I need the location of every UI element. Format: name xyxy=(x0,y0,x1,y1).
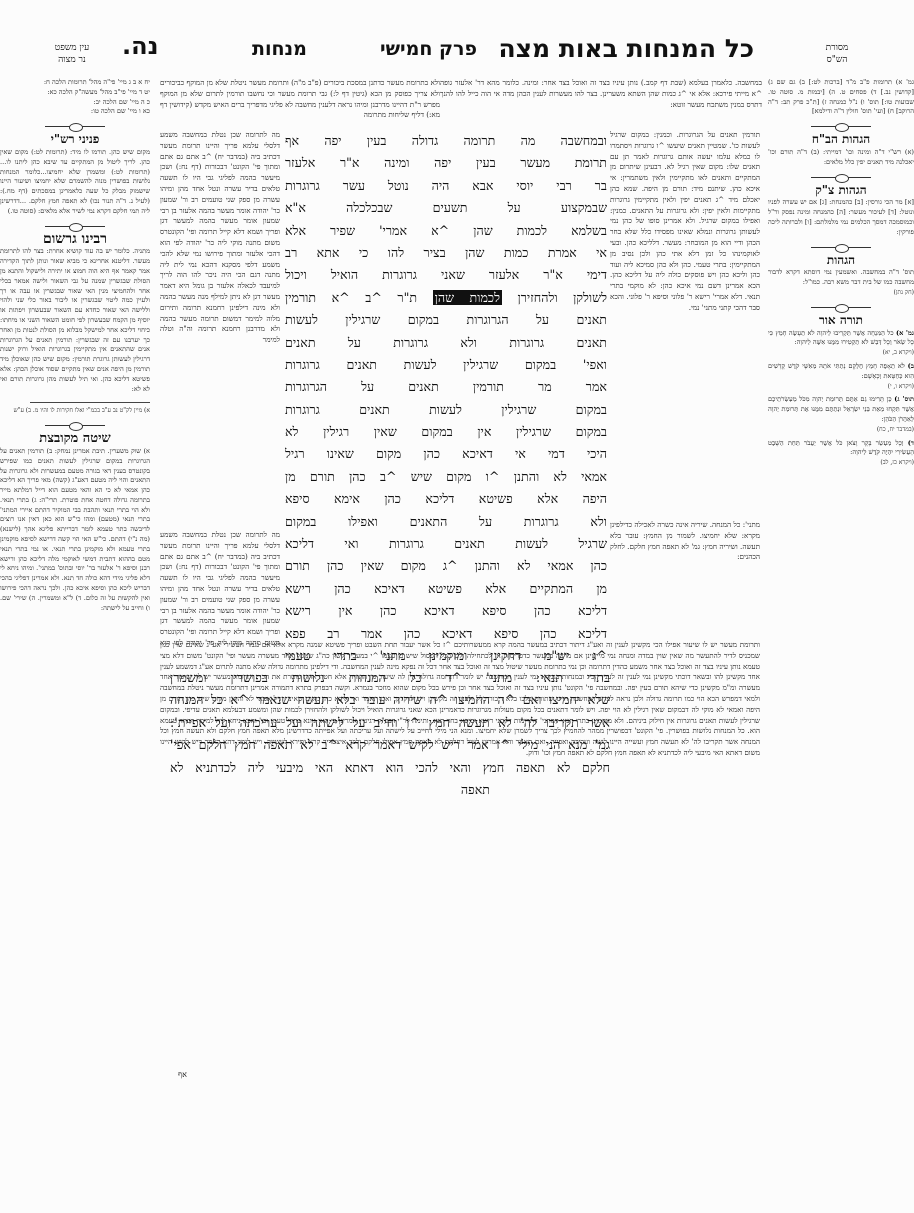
gemara-line: אמר מר תורמין תאנים על הגרוגרות xyxy=(285,376,607,398)
rashi-commentary-top: במחשבה. כלאמרן בעלמא (שבת דף קמב.) נותן … xyxy=(440,78,762,130)
rabbeinu-gershom-text: מתניה. כלומר יש בה עוד קושיא אחרת: בצר ל… xyxy=(0,247,150,394)
hagahot-title: הגהות xyxy=(768,256,914,266)
gemara-line: בשלמא לכמות שהן ^א אמרי' שפיר אלא xyxy=(285,220,607,242)
right-margin-column: גמ' א) תרומות פ"ב מ"ד [ברכות לט:] ב) גם … xyxy=(768,78,914,1068)
rashi-commentary-side: תורמין תאנים על הגרוגרות. וכמנין: במקום … xyxy=(610,130,760,520)
gemara-line: תאנים על הגרוגרות במקום שרגילין לעשות xyxy=(285,309,607,331)
gemara-line: דליכא כהן סיפא דאיכא כהן אין רישא xyxy=(285,600,607,622)
rashi-commentary-lower: מתני': כל המנחה. שיריה אינה כשרה לאכילה … xyxy=(610,520,760,645)
gemara-line: תאנים גרוגרות ולא גרוגרות על תאנים xyxy=(285,332,607,354)
hagahot-tzk-text: [א] מר הכי גורסין: [ב] כהמנחת: [ג] אם יש… xyxy=(768,198,914,237)
ornament-divider-icon xyxy=(45,123,105,131)
tosafot-commentary-side: מה לתרומה שכן נטלת במחשבה משמע דלסלי עלמ… xyxy=(160,130,280,530)
gemara-line: ולא גרוגרות על התאנים ואפילו במקום xyxy=(285,511,607,533)
chapter-title: כל המנחות באות מצה xyxy=(498,34,754,63)
gemara-line-highlighted: לשולקן ולהחזירן לכמות שהן ת"ר ^ב ^א תורמ… xyxy=(285,287,607,309)
highlighted-phrase[interactable]: לכמות שהן xyxy=(433,290,502,305)
pninei-rashi-title: פניני רש"י xyxy=(0,135,150,145)
gemara-line: אמאי לא והתנן ^ו מקום שיש ^ב כהן תורם מן xyxy=(285,466,607,488)
hagahot-text: תוס' ד"ה במחשבה. ואשמעין נמי דוסתא דקרא … xyxy=(768,268,914,288)
shita-mekubetzet-text: א) שוק משערין. תיבת אמרינן נמחק: ב) תורמ… xyxy=(0,447,150,614)
mesoret-hashas-label: מסורת הש"ס xyxy=(812,42,862,66)
gemara-line: היפה אלא פשיטא דליכא כהן אימא סיפא xyxy=(285,488,607,510)
gemara-line: ובמחשבה מה תרומה גדולה בעין יפה אף xyxy=(285,130,607,152)
gemara-line: במקום שרגילין אין במקום שאין רגילין לא xyxy=(285,421,607,443)
ornament-divider-icon xyxy=(811,174,871,182)
gemara-line: במקום שרגילין לעשות תאנים גרוגרות xyxy=(285,399,607,421)
ein-mishpat-entry: יט ד מיי' פי"ב מהל' מעשה"ק הלכה כא: xyxy=(0,88,150,98)
ornament-divider-icon xyxy=(811,123,871,131)
ornament-divider-icon xyxy=(45,223,105,231)
gemara-line: אי אמרת כמות שהן בציר להו כי אתא רב xyxy=(285,242,607,264)
gemara-line: היכי דמי אי דאיכא כהן מקום שאינו רגיל xyxy=(285,443,607,465)
hagahot-habach-text: (א) רש"י ד"ה ומינה וכו' דמייתי: (ב) ד"ה … xyxy=(768,148,914,168)
rabbeinu-gershom-title: רבינו גרשום xyxy=(0,235,150,245)
mesoret-hashas-text: גמ' א) תרומות פ"ב מ"ד [ברכות לט:] ב) גם … xyxy=(768,78,914,117)
tractate-name: מנחות xyxy=(252,38,307,60)
torah-or-title: תורה אור xyxy=(768,316,914,326)
hagahot-source: (חק נתן) xyxy=(768,288,914,298)
left-margin-column: יח א ב ג מיי' פי"ה מהל' תרומות הלכה ח: י… xyxy=(0,78,150,1118)
torah-or-verse: גמ' א) כל הַמִּנְחָה אֲשֶׁר תַּקְרִיבוּ … xyxy=(768,329,914,358)
torah-or-verse: ב) לֹא תֵאָפֶה חָמֵץ חֶלְקָם נָתַתִּי אֹ… xyxy=(768,362,914,391)
gemara-line: ואפי' במקום שרגילין לעשות תאנים גרוגרות xyxy=(285,354,607,376)
ornament-divider-icon xyxy=(45,422,105,430)
footnote-text: א) מיין לק"ט נב ע"ב בכמ"י ואלו חקירות לו… xyxy=(0,406,150,416)
gemara-line: כהן אמאי לא והתנן ^ג מקום שאין כהן תורם xyxy=(285,555,607,577)
gemara-line: שרגיל לעשות תאנים גרוגרות ואי דליכא xyxy=(285,533,607,555)
gemara-line: דימי א"ר אלעזר שאני גרוגרות הואיל ויכול xyxy=(285,264,607,286)
gemara-line: בר רבי יוסי אבא היה נוטל עשר גרוגרות xyxy=(285,175,607,197)
perek-label: פרק חמישי xyxy=(380,38,477,60)
tosafot-commentary-bottom: ותרומת מעשר יש לו שיעור אפילו הכי מקשינן… xyxy=(160,640,760,1060)
ein-mishpat-entry: יח א ב ג מיי' פי"ה מהל' תרומות הלכה ח: xyxy=(0,78,150,88)
page-number: נה. xyxy=(122,32,158,60)
ein-mishpat-label: עין משפט נר מצוה xyxy=(44,42,100,66)
gemara-line: שבמקצוע על תשעים שבכלכלה א"א xyxy=(285,197,607,219)
torah-or-verse: תוס' ג) כֵּן תָּרִימוּ גַם אַתֶּם תְּרוּ… xyxy=(768,395,914,434)
tosafot-commentary-mid: מה לתרומה שכן נטלת במחשבה משמע דלסלי עלמ… xyxy=(160,530,280,645)
ein-mishpat-entry: כ ה מיי' שם הלכה יב: xyxy=(0,98,150,108)
pninei-rashi-text: מקום שיש כהן. תורמו לו מיד: (תרומות לט:)… xyxy=(0,148,150,217)
torah-or-verse: ד) וְכָל מַעְשַׂר בָּקָר וָצֹאן כֹּל אֲש… xyxy=(768,439,914,468)
ornament-divider-icon xyxy=(811,304,871,312)
shita-mekubetzet-title: שיטה מקובצת xyxy=(0,434,150,444)
footnote-rule xyxy=(30,402,150,403)
hagahot-tzk-title: הגהות צ"ק xyxy=(768,186,914,196)
tosafot-commentary-top: ולא בתרומת מעשר כדתנן במסכת ביכורים (פ"ב… xyxy=(160,78,440,130)
ein-mishpat-entry: כא ו מיי' שם הלכה טו: xyxy=(0,107,150,117)
gemara-line: תרומת מעשר בעין יפה ומינה א"ר אלעזר xyxy=(285,152,607,174)
ornament-divider-icon xyxy=(811,244,871,252)
gemara-line: מן המתקיים אלא פשיטא דאיכא כהן רישא xyxy=(285,578,607,600)
page-header: מסורת הש"ס כל המנחות באות מצה פרק חמישי … xyxy=(0,20,914,72)
hagahot-habach-title: הגהות הב"ח xyxy=(768,135,914,145)
catchword: אף xyxy=(178,1070,187,1079)
gemara-main-text: ובמחשבה מה תרומה גדולה בעין יפה אף תרומת… xyxy=(285,130,607,667)
